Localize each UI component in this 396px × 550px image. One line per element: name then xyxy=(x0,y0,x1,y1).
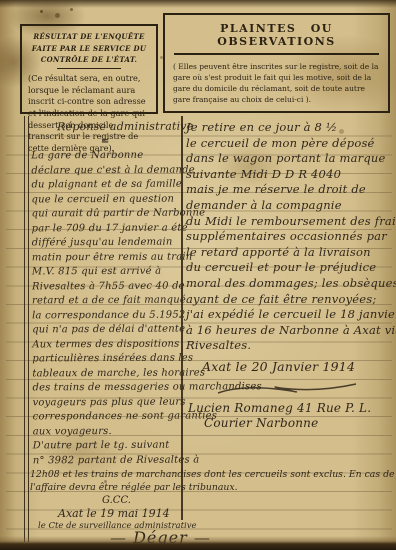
closing-lines: 12h08 et les trains de marchandises dont… xyxy=(30,468,394,494)
handwriting-line: que le cercueil en question xyxy=(31,192,179,207)
footer-date: Axat le 19 mai 1914 xyxy=(58,507,394,520)
handwriting-line: différé jusqu'au lendemain xyxy=(32,236,180,251)
handwriting-line: du plaignant et de sa famille xyxy=(31,178,179,193)
complaint-column: Je retire en ce jour à 8 ½le cercueil de… xyxy=(186,120,392,432)
complainant-address: Courier Narbonne xyxy=(204,416,392,432)
handwriting-line: du cercueil et pour le préjudice xyxy=(186,260,392,276)
handwriting-line: du Midi le remboursement des frais xyxy=(186,214,392,230)
handwriting-line: l'affaire devra être réglée par les trib… xyxy=(30,481,394,494)
flourish-path xyxy=(218,384,356,393)
handwriting-line: déclare que c'est à la demande xyxy=(31,163,179,178)
signature-flourish xyxy=(212,377,362,401)
title-rule xyxy=(57,68,121,70)
page-edge-bottom xyxy=(0,536,396,550)
handwriting-line: dans le wagon portant la marque xyxy=(186,151,392,167)
handwriting-line: aux voyageurs. xyxy=(33,424,181,439)
page-edge-top xyxy=(0,0,396,8)
handwriting-line: tableaux de marche, les horaires xyxy=(32,366,180,381)
handwriting-line: particulières insérées dans les xyxy=(32,352,180,367)
enquiry-result-box: RÉSULTAT DE L'ENQUÊTE FAITE PAR LE SERVI… xyxy=(20,24,158,114)
handwriting-line: 12h08 et les trains de marchandises dont… xyxy=(30,468,394,481)
handwriting-line: supplémentaires occasionnés par xyxy=(186,229,392,245)
handwriting-line: D'autre part le tg. suivant xyxy=(33,439,181,454)
handwriting-line: n° 3982 partant de Rivesaltes à xyxy=(33,453,181,468)
handwriting-line: la correspondance du 5.1952 xyxy=(32,308,180,323)
response-separator: = xyxy=(31,134,179,149)
response-closing: 12h08 et les trains de marchandises dont… xyxy=(30,468,394,544)
enquiry-result-title: RÉSULTAT DE L'ENQUÊTE FAITE PAR LE SERVI… xyxy=(28,31,150,66)
response-lines: La gare de Narbonnedéclare que c'est à l… xyxy=(31,149,181,469)
admin-response-column: Réponse administrative = La gare de Narb… xyxy=(31,120,181,469)
handwriting-line: par le 709 du 17 janvier a été xyxy=(32,221,180,236)
title-underline xyxy=(174,53,379,55)
response-heading: Réponse administrative xyxy=(57,120,179,135)
handwriting-line: le cercueil de mon père déposé xyxy=(186,136,392,152)
left-margin-rule xyxy=(24,116,29,542)
complaint-date: Axat le 20 Janvier 1914 xyxy=(202,359,392,375)
footer-initials: G.CC. xyxy=(102,494,394,507)
complaints-title: PLAINTES OU OBSERVATIONS xyxy=(173,22,380,48)
complainant-name: Lucien Romaneg 41 Rue P. L. xyxy=(188,401,392,417)
handwriting-line: Rivesaltes. xyxy=(186,338,392,354)
handwriting-line: ayant de ce fait être renvoyées; xyxy=(186,292,392,308)
handwriting-line: moral des dommages; les obsèques xyxy=(186,276,392,292)
handwriting-line: retard et a de ce fait manqué xyxy=(32,294,180,309)
paper-specks xyxy=(40,10,43,13)
handwriting-line: demander à la compagnie xyxy=(186,198,392,214)
handwriting-line: correspondances ne sont garanties xyxy=(33,410,181,425)
handwriting-line: matin pour être remis au train xyxy=(32,250,180,265)
handwriting-line: Je retire en ce jour à 8 ½ xyxy=(186,120,392,136)
handwriting-line: à 16 heures de Narbonne à Axat vià xyxy=(186,323,392,339)
complaints-note: ( Elles peuvent être inscrites sur le re… xyxy=(173,61,380,106)
handwriting-line: La gare de Narbonne xyxy=(31,149,179,164)
handwriting-line: des trains de messageries ou marchandise… xyxy=(32,381,180,396)
handwriting-line: qui aurait dû partir de Narbonne xyxy=(32,207,180,222)
complaint-lines: Je retire en ce jour à 8 ½le cercueil de… xyxy=(186,120,392,354)
handwriting-line: suivante Midi D D R 4040 xyxy=(186,167,392,183)
handwriting-line: voyageurs pas plus que leurs xyxy=(33,395,181,410)
handwriting-line: Rivesaltes à 7h55 avec 40 de xyxy=(32,279,180,294)
handwriting-line: qui n'a pas de délai d'attente. xyxy=(32,323,180,338)
handwriting-line: Aux termes des dispositions xyxy=(32,337,180,352)
handwriting-line: mais je me réserve le droit de xyxy=(186,182,392,198)
handwriting-line: j'ai expédié le cercueil le 18 janvier xyxy=(186,307,392,323)
handwriting-line: M.V. 815 qui est arrivé à xyxy=(32,265,180,280)
complaint-register-page: RÉSULTAT DE L'ENQUÊTE FAITE PAR LE SERVI… xyxy=(0,0,396,550)
complaints-box: PLAINTES OU OBSERVATIONS ( Elles peuvent… xyxy=(163,13,390,113)
handwriting-line: le retard apporté à la livraison xyxy=(186,245,392,261)
